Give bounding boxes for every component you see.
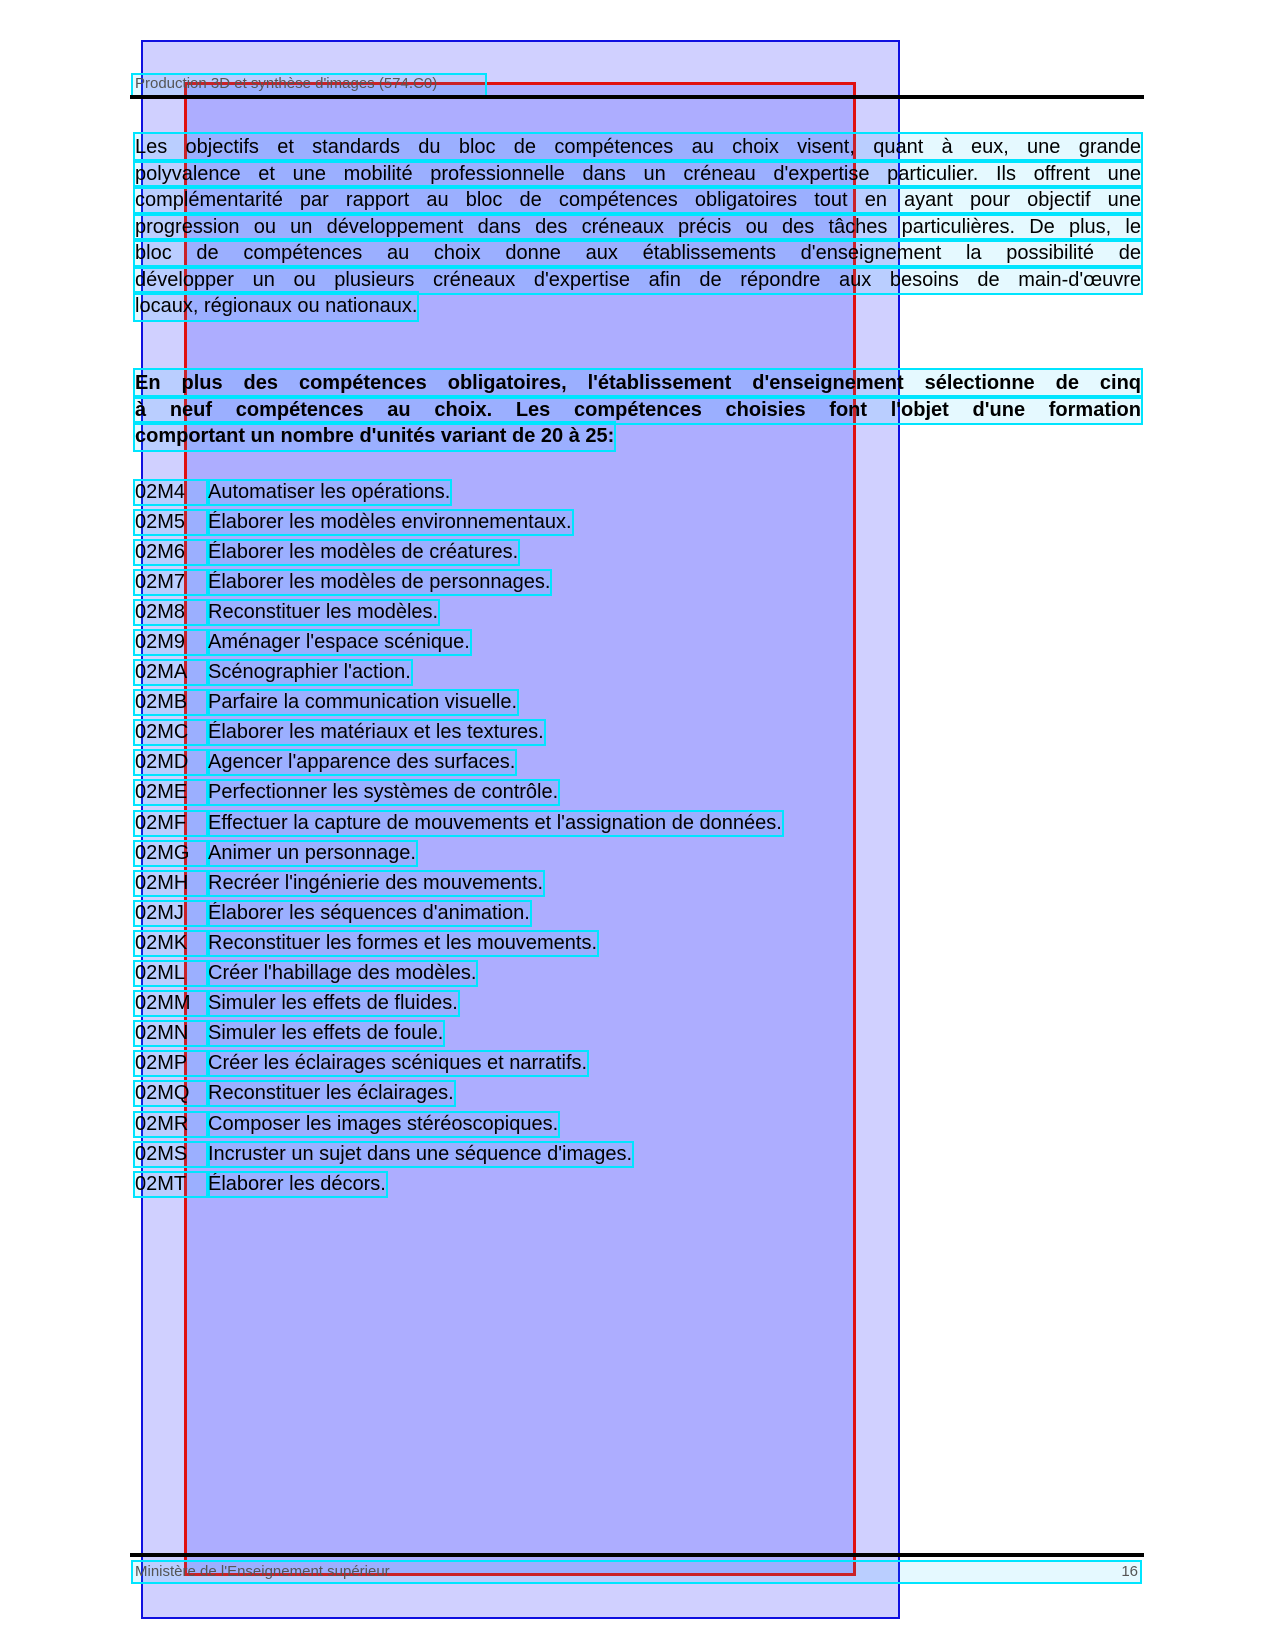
competence-code: 02ME xyxy=(135,781,208,804)
competence-label: Composer les images stéréoscopiques. xyxy=(208,1113,558,1136)
footer-ministry: Ministère de l'Enseignement supérieur xyxy=(135,1563,390,1581)
bold-line: à neuf compétences au choix. Les compéte… xyxy=(135,397,1141,424)
intro-paragraph: Les objectifs et standards du bloc de co… xyxy=(135,134,1141,320)
competence-code: 02MB xyxy=(135,691,208,714)
competence-code: 02MN xyxy=(135,1022,208,1045)
competence-code: 02MS xyxy=(135,1143,208,1166)
header-rule xyxy=(130,95,1144,99)
competence-item: 02M4Automatiser les opérations. xyxy=(135,477,1035,507)
competence-label: Élaborer les matériaux et les textures. xyxy=(208,721,544,744)
competence-code: 02MH xyxy=(135,872,208,895)
competence-item: 02MKReconstituer les formes et les mouve… xyxy=(135,928,1035,958)
competence-code: 02MQ xyxy=(135,1082,208,1105)
competence-item: 02MAScénographier l'action. xyxy=(135,658,1035,688)
competence-label: Reconstituer les éclairages. xyxy=(208,1082,454,1105)
competence-code: 02MJ xyxy=(135,902,208,925)
competence-code: 02M7 xyxy=(135,571,208,594)
competence-code: 02M8 xyxy=(135,601,208,624)
competence-label: Incruster un sujet dans une séquence d'i… xyxy=(208,1143,632,1166)
competence-item: 02MLCréer l'habillage des modèles. xyxy=(135,959,1035,989)
competence-item: 02M9Aménager l'espace scénique. xyxy=(135,627,1035,657)
competence-label: Animer un personnage. xyxy=(208,842,416,865)
running-header: Production 3D et synthèse d'images (574.… xyxy=(135,75,437,93)
competence-code: 02M6 xyxy=(135,541,208,564)
competence-code: 02ML xyxy=(135,962,208,985)
competence-item: 02MHRecréer l'ingénierie des mouvements. xyxy=(135,868,1035,898)
competence-item: 02MNSimuler les effets de foule. xyxy=(135,1019,1035,1049)
competence-item: 02MFEffectuer la capture de mouvements e… xyxy=(135,808,1035,838)
competence-label: Reconstituer les formes et les mouvement… xyxy=(208,932,597,955)
competence-item: 02MJÉlaborer les séquences d'animation. xyxy=(135,898,1035,928)
competence-item: 02MQReconstituer les éclairages. xyxy=(135,1079,1035,1109)
competence-item: 02MGAnimer un personnage. xyxy=(135,838,1035,868)
competence-code: 02M9 xyxy=(135,631,208,654)
competence-code: 02M5 xyxy=(135,511,208,534)
competence-label: Élaborer les séquences d'animation. xyxy=(208,902,530,925)
competence-label: Automatiser les opérations. xyxy=(208,481,450,504)
intro-line: développer un ou plusieurs créneaux d'ex… xyxy=(135,267,1141,294)
page-number: 16 xyxy=(1100,1563,1138,1581)
competence-item: 02M6Élaborer les modèles de créatures. xyxy=(135,537,1035,567)
intro-line: bloc de compétences au choix donne aux é… xyxy=(135,240,1141,267)
competence-code: 02MM xyxy=(135,992,208,1015)
competence-label: Scénographier l'action. xyxy=(208,661,411,684)
competence-code: 02MR xyxy=(135,1113,208,1136)
competence-label: Élaborer les décors. xyxy=(208,1173,386,1196)
competence-code: 02MG xyxy=(135,842,208,865)
competence-item: 02M7Élaborer les modèles de personnages. xyxy=(135,567,1035,597)
competence-code: 02MK xyxy=(135,932,208,955)
competence-item: 02MCÉlaborer les matériaux et les textur… xyxy=(135,718,1035,748)
competence-item: 02MTÉlaborer les décors. xyxy=(135,1169,1035,1199)
competence-item: 02MSIncruster un sujet dans une séquence… xyxy=(135,1139,1035,1169)
competence-label: Effectuer la capture de mouvements et l'… xyxy=(208,812,782,835)
competence-label: Élaborer les modèles de créatures. xyxy=(208,541,518,564)
competence-label: Créer l'habillage des modèles. xyxy=(208,962,476,985)
competence-label: Simuler les effets de fluides. xyxy=(208,992,458,1015)
intro-line: complémentarité par rapport au bloc de c… xyxy=(135,187,1141,214)
competence-item: 02M8Reconstituer les modèles. xyxy=(135,597,1035,627)
competence-item: 02MRComposer les images stéréoscopiques. xyxy=(135,1109,1035,1139)
competence-item: 02M5Élaborer les modèles environnementau… xyxy=(135,507,1035,537)
competence-label: Créer les éclairages scéniques et narrat… xyxy=(208,1052,587,1075)
competence-label: Parfaire la communication visuelle. xyxy=(208,691,517,714)
competence-list: 02M4Automatiser les opérations.02M5Élabo… xyxy=(135,477,1035,1199)
bold-line: comportant un nombre d'unités variant de… xyxy=(135,423,614,450)
competence-item: 02MBParfaire la communication visuelle. xyxy=(135,688,1035,718)
intro-line: Les objectifs et standards du bloc de co… xyxy=(135,134,1141,161)
competence-code: 02MT xyxy=(135,1173,208,1196)
competence-item: 02MPCréer les éclairages scéniques et na… xyxy=(135,1049,1035,1079)
competence-code: 02MP xyxy=(135,1052,208,1075)
bold-line: En plus des compétences obligatoires, l'… xyxy=(135,370,1141,397)
competence-item: 02MMSimuler les effets de fluides. xyxy=(135,989,1035,1019)
competence-label: Reconstituer les modèles. xyxy=(208,601,438,624)
competence-label: Aménager l'espace scénique. xyxy=(208,631,470,654)
competence-code: 02MA xyxy=(135,661,208,684)
competence-code: 02M4 xyxy=(135,481,208,504)
competence-code: 02MF xyxy=(135,812,208,835)
intro-line: polyvalence et une mobilité professionne… xyxy=(135,161,1141,188)
competence-label: Élaborer les modèles environnementaux. xyxy=(208,511,572,534)
competence-label: Perfectionner les systèmes de contrôle. xyxy=(208,781,558,804)
competence-code: 02MD xyxy=(135,751,208,774)
competence-label: Recréer l'ingénierie des mouvements. xyxy=(208,872,543,895)
footer-rule xyxy=(130,1553,1144,1557)
intro-line: locaux, régionaux ou nationaux. xyxy=(135,293,417,320)
competence-item: 02MDAgencer l'apparence des surfaces. xyxy=(135,748,1035,778)
intro-line: progression ou un développement dans des… xyxy=(135,214,1141,241)
competence-item: 02MEPerfectionner les systèmes de contrô… xyxy=(135,778,1035,808)
competence-label: Simuler les effets de foule. xyxy=(208,1022,443,1045)
competence-label: Élaborer les modèles de personnages. xyxy=(208,571,550,594)
competence-code: 02MC xyxy=(135,721,208,744)
competence-label: Agencer l'apparence des surfaces. xyxy=(208,751,515,774)
selection-paragraph: En plus des compétences obligatoires, l'… xyxy=(135,370,1141,450)
